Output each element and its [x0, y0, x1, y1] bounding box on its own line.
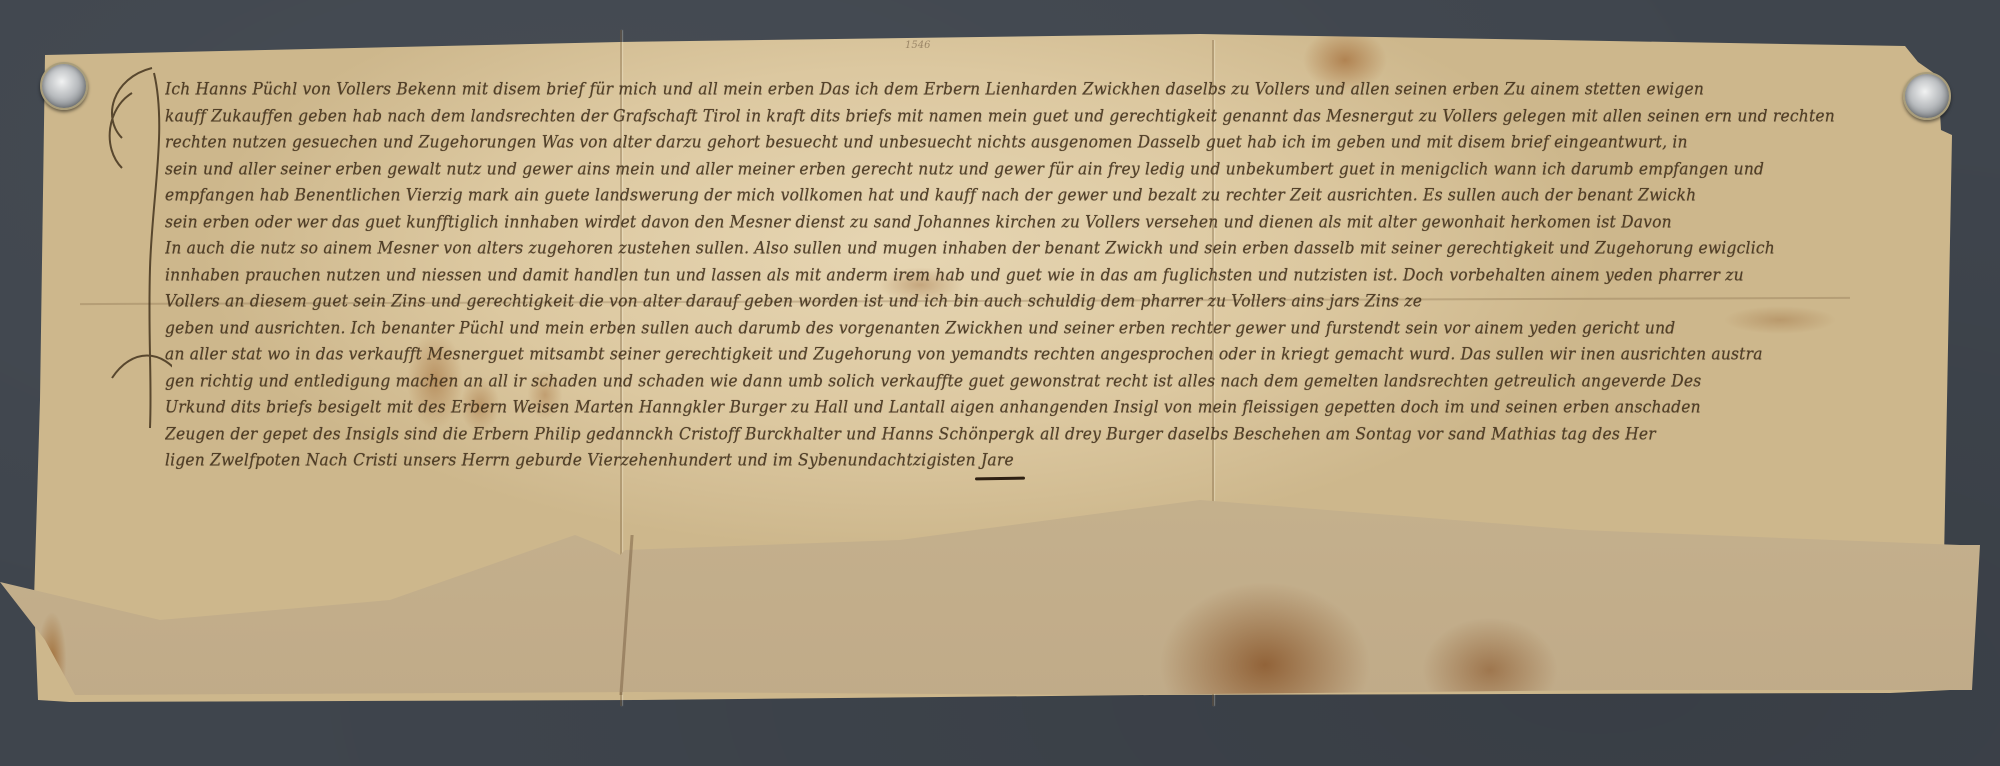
mounting-pin-icon — [1903, 72, 1951, 120]
text-line: Ich Hanns Püchl von Vollers Bekenn mit d… — [165, 75, 1845, 104]
text-line: In auch die nutz so ainem Mesner von alt… — [165, 234, 1845, 263]
text-line: an aller stat wo in das verkaufft Mesner… — [165, 340, 1845, 369]
text-line: Vollers an diesem guet sein Zins und ger… — [165, 287, 1845, 316]
text-line: innhaben prauchen nutzen und niessen und… — [165, 260, 1845, 289]
text-line: Zeugen der gepet des Insigls sind die Er… — [165, 419, 1845, 448]
text-line: sein erben oder wer das guet kunfftiglic… — [165, 207, 1845, 236]
text-line: Urkund dits briefs besigelt mit des Erbe… — [165, 393, 1845, 422]
text-line: empfangen hab Benentlichen Vierzig mark … — [165, 181, 1845, 210]
text-line: geben und ausrichten. Ich benanter Püchl… — [165, 313, 1845, 342]
mounting-pin-icon — [40, 62, 88, 110]
text-line: sein und aller seiner erben gewalt nutz … — [165, 154, 1845, 183]
text-line: rechten nutzen gesuechen und Zugehorunge… — [165, 128, 1845, 157]
decorated-initial-icon — [92, 48, 172, 438]
charter-text: Ich Hanns Püchl von Vollers Bekenn mit d… — [165, 76, 1845, 474]
text-line: kauff Zukauffen geben hab nach dem lands… — [165, 101, 1845, 130]
archival-note: 1546 — [905, 40, 930, 51]
photo-stage: 1546 Ich Hanns Püchl von Vollers Bekenn … — [0, 0, 2000, 766]
text-line: gen richtig und entledigung machen an al… — [165, 366, 1845, 395]
text-line: ligen Zwelfpoten Nach Cristi unsers Herr… — [165, 446, 1145, 475]
